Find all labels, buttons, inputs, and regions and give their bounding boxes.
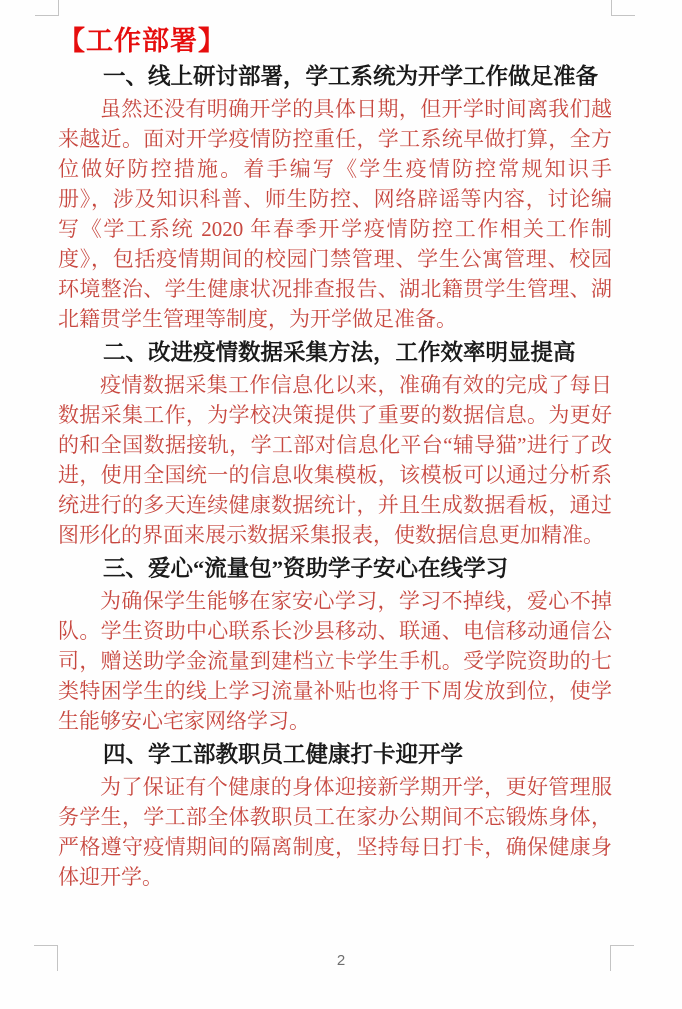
section-3-paragraph: 为确保学生能够在家安心学习，学习不掉线，爱心不掉队。学生资助中心联系长沙县移动、… [58, 586, 612, 736]
section-4-heading: 四、学工部教职员工健康打卡迎开学 [58, 740, 612, 770]
section-4-paragraph: 为了保证有个健康的身体迎接新学期开学，更好管理服务学生，学工部全体教职员工在家办… [58, 772, 612, 892]
section-4: 四、学工部教职员工健康打卡迎开学 为了保证有个健康的身体迎接新学期开学，更好管理… [58, 740, 612, 892]
section-1: 一、线上研讨部署，学工系统为开学工作做足准备 虽然还没有明确开学的具体日期，但开… [58, 62, 612, 334]
document-body: 【工作部署】 一、线上研讨部署，学工系统为开学工作做足准备 虽然还没有明确开学的… [58, 24, 612, 892]
section-2: 二、改进疫情数据采集方法，工作效率明显提高 疫情数据采集工作信息化以来，准确有效… [58, 338, 612, 550]
section-1-heading: 一、线上研讨部署，学工系统为开学工作做足准备 [58, 62, 612, 92]
section-1-paragraph: 虽然还没有明确开学的具体日期，但开学时间离我们越来越近。面对开学疫情防控重任，学… [58, 94, 612, 334]
section-3: 三、爱心“流量包”资助学子安心在线学习 为确保学生能够在家安心学习，学习不掉线，… [58, 554, 612, 736]
section-2-paragraph: 疫情数据采集工作信息化以来，准确有效的完成了每日数据采集工作，为学校决策提供了重… [58, 370, 612, 550]
document-page: 【工作部署】 一、线上研讨部署，学工系统为开学工作做足准备 虽然还没有明确开学的… [0, 0, 682, 1009]
text-boundary-mark-top-right [611, 0, 635, 16]
page-number: 2 [0, 952, 682, 970]
text-boundary-mark-top-left [35, 0, 59, 16]
document-column-header: 【工作部署】 [58, 24, 612, 58]
section-2-heading: 二、改进疫情数据采集方法，工作效率明显提高 [58, 338, 612, 368]
section-3-heading: 三、爱心“流量包”资助学子安心在线学习 [58, 554, 612, 584]
